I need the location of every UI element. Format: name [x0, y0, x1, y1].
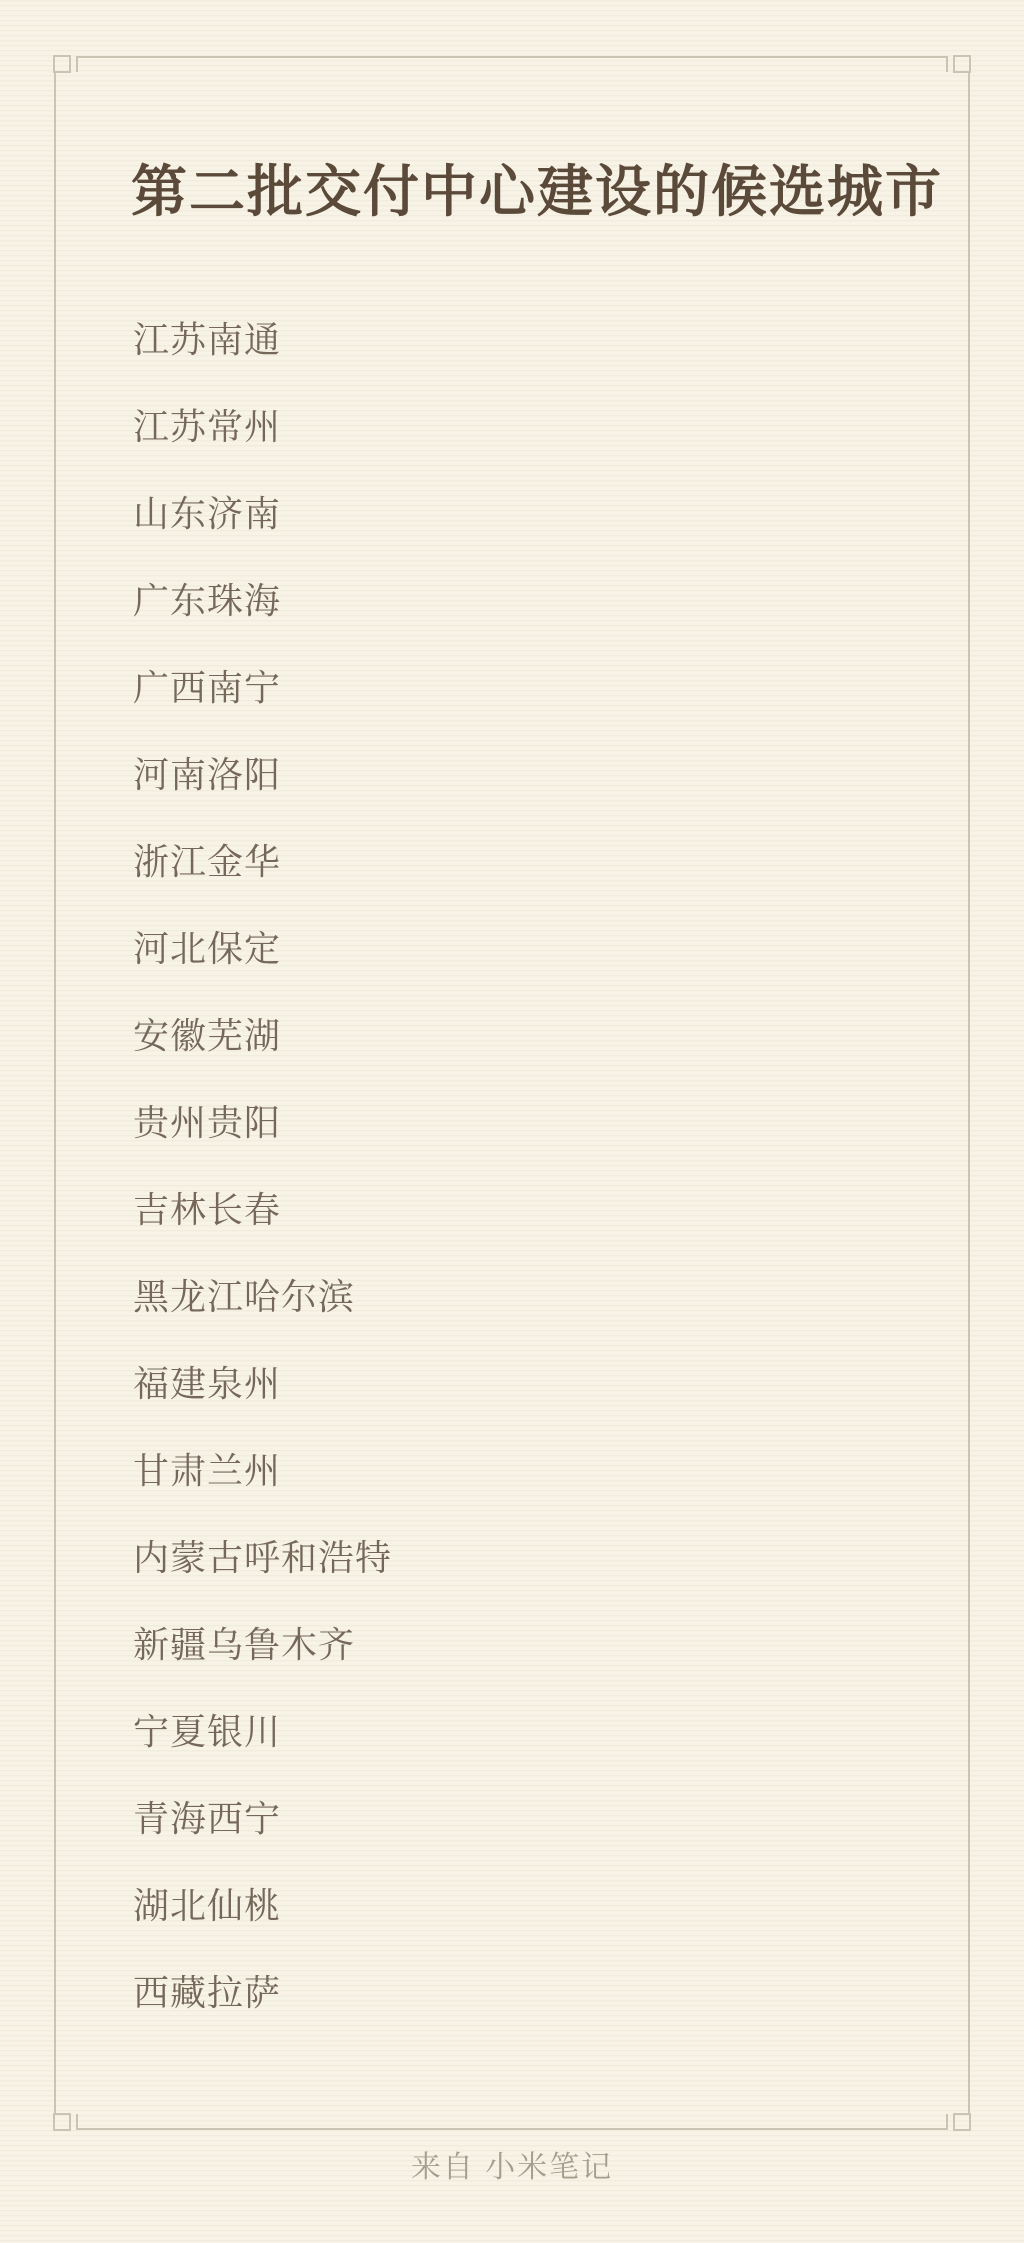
- list-item: 河北保定: [133, 905, 392, 992]
- list-item: 安徽芜湖: [133, 992, 392, 1079]
- list-item: 内蒙古呼和浩特: [133, 1514, 392, 1601]
- corner-ornament-bottom-right: [954, 2114, 970, 2130]
- list-item: 广东珠海: [133, 557, 392, 644]
- footer-attribution: 来自 小米笔记: [0, 2152, 1024, 2184]
- list-item: 贵州贵阳: [133, 1079, 392, 1166]
- list-item: 新疆乌鲁木齐: [133, 1601, 392, 1688]
- list-item: 吉林长春: [133, 1166, 392, 1253]
- list-item: 宁夏银川: [133, 1688, 392, 1775]
- list-item: 江苏南通: [133, 296, 392, 383]
- corner-ornament-top-left: [54, 56, 70, 72]
- list-item: 湖北仙桃: [133, 1862, 392, 1949]
- list-item: 西藏拉萨: [133, 1949, 392, 2036]
- city-list: 江苏南通江苏常州山东济南广东珠海广西南宁河南洛阳浙江金华河北保定安徽芜湖贵州贵阳…: [133, 296, 392, 2036]
- list-item: 黑龙江哈尔滨: [133, 1253, 392, 1340]
- list-item: 河南洛阳: [133, 731, 392, 818]
- list-item: 江苏常州: [133, 383, 392, 470]
- list-item: 甘肃兰州: [133, 1427, 392, 1514]
- list-item: 山东济南: [133, 470, 392, 557]
- list-item: 广西南宁: [133, 644, 392, 731]
- corner-ornament-top-right: [954, 56, 970, 72]
- list-item: 浙江金华: [133, 818, 392, 905]
- page-title: 第二批交付中心建设的候选城市: [131, 163, 943, 221]
- corner-ornament-bottom-left: [54, 2114, 70, 2130]
- list-item: 福建泉州: [133, 1340, 392, 1427]
- list-item: 青海西宁: [133, 1775, 392, 1862]
